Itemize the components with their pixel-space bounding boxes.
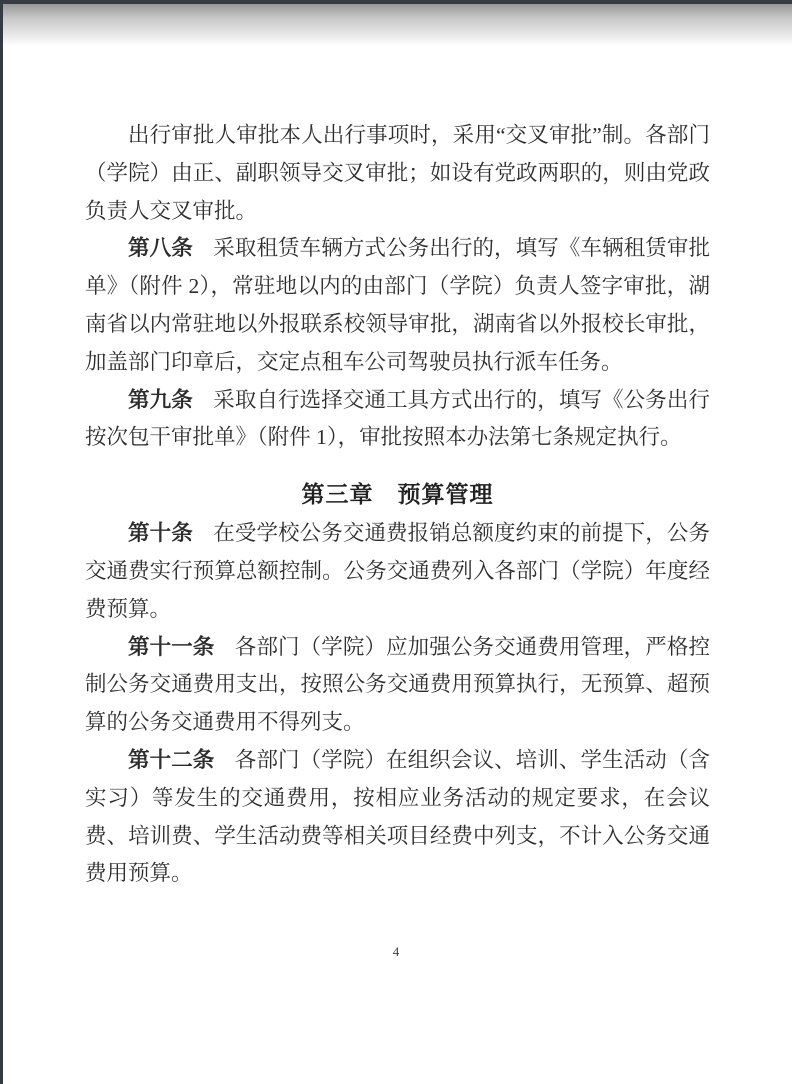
viewer-left-edge <box>0 0 3 1084</box>
document-body: 出行审批人审批本人出行事项时，采用“交叉审批”制。各部门（学院）由正、副职领导交… <box>85 117 710 893</box>
viewer-top-edge <box>0 0 792 4</box>
article-number: 第十条 <box>128 521 193 545</box>
document-viewer: 出行审批人审批本人出行事项时，采用“交叉审批”制。各部门（学院）由正、副职领导交… <box>0 0 792 1084</box>
paragraph: 出行审批人审批本人出行事项时，采用“交叉审批”制。各部门（学院）由正、副职领导交… <box>85 117 710 230</box>
paragraph: 第十一条各部门（学院）应加强公务交通费用管理，严格控制公务交通费用支出，按照公务… <box>85 629 710 742</box>
paragraph: 第十二条各部门（学院）在组织会议、培训、学生活动（含实习）等发生的交通费用，按相… <box>85 742 710 893</box>
paragraph-text: 出行审批人审批本人出行事项时，采用“交叉审批”制。各部门（学院）由正、副职领导交… <box>85 123 710 223</box>
paragraph: 第十条在受学校公务交通费报销总额度约束的前提下，公务交通费实行预算总额控制。公务… <box>85 515 710 628</box>
article-number: 第十二条 <box>128 748 214 772</box>
chapter-heading: 第三章 预算管理 <box>85 475 710 513</box>
article-number: 第八条 <box>128 236 193 260</box>
page-top-shadow <box>0 4 792 46</box>
page-number: 4 <box>0 944 792 960</box>
paragraph: 第八条采取租赁车辆方式公务出行的，填写《车辆租赁审批单》（附件 2），常驻地以内… <box>85 230 710 381</box>
paragraph: 第九条采取自行选择交通工具方式出行的，填写《公务出行按次包干审批单》（附件 1）… <box>85 382 710 458</box>
article-number: 第十一条 <box>128 635 214 659</box>
article-number: 第九条 <box>128 388 193 412</box>
